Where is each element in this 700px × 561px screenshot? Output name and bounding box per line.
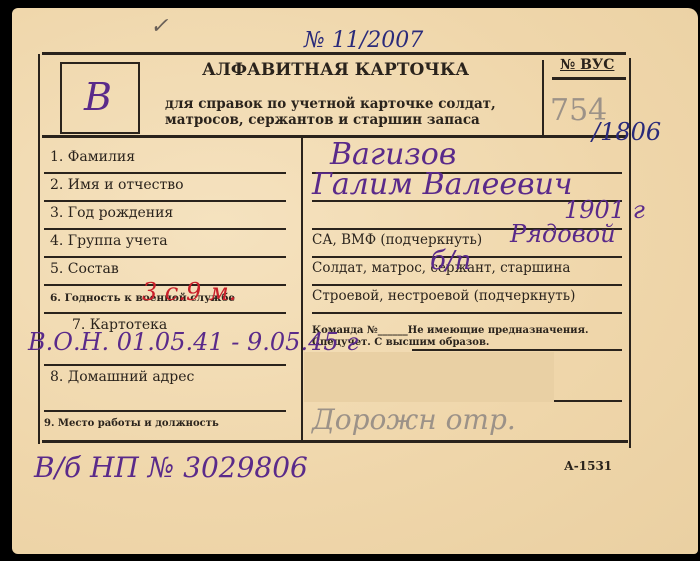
value-file: В.О.Н. 01.05.41 - 9.05.45 г	[28, 330, 358, 354]
row-line	[44, 228, 286, 230]
alphabetic-card: ✓ № 11/2007 В АЛФАВИТНАЯ КАРТОЧКА для сп…	[12, 8, 698, 554]
check-mark-icon: ✓	[150, 16, 168, 38]
letter-box-value: В	[84, 78, 112, 116]
vus-label: № ВУС	[560, 58, 614, 72]
row-line	[44, 312, 286, 314]
handwritten-register-number: № 11/2007	[304, 30, 423, 52]
card-subtitle-line1: для справок по учетной карточке солдат,	[165, 98, 496, 112]
frame-top	[42, 52, 626, 55]
value-birth-year: 1901 г	[564, 198, 645, 222]
row-line	[44, 256, 286, 258]
field-label-workplace: 9. Место работы и должность	[44, 419, 219, 429]
redacted-area	[304, 352, 554, 402]
value-party: б/п	[430, 248, 471, 274]
row-line	[44, 364, 286, 366]
value-workplace: Дорожн отр.	[312, 406, 516, 434]
row-line	[44, 172, 286, 174]
row-line	[412, 349, 622, 351]
row-line	[44, 410, 286, 412]
row-line	[312, 284, 622, 286]
row-line	[44, 200, 286, 202]
printed-fitness-options: Строевой, нестроевой (подчеркнуть)	[312, 290, 575, 304]
field-label-group: 4. Группа учета	[50, 234, 168, 248]
value-surname: Вагизов	[330, 140, 456, 170]
value-name: Галим Валеевич	[312, 170, 573, 200]
field-label-composition: 5. Состав	[50, 262, 119, 276]
frame-bottom	[42, 440, 628, 443]
frame-left	[38, 54, 40, 444]
vus-divider	[542, 60, 544, 136]
card-subtitle-line2: матросов, сержантов и старшин запаса	[165, 114, 480, 128]
card-title: АЛФАВИТНАЯ КАРТОЧКА	[202, 62, 469, 79]
value-fitness: 3 с.9 м.	[142, 280, 236, 304]
vus-ink-value: /1806	[592, 120, 661, 144]
field-label-birth-year: 3. Год рождения	[50, 206, 173, 220]
vus-underline	[552, 77, 626, 80]
field-label-address: 8. Домашний адрес	[50, 370, 194, 384]
row-line	[312, 312, 622, 314]
frame-right	[629, 58, 631, 448]
column-divider	[301, 138, 303, 440]
field-label-name: 2. Имя и отчество	[50, 178, 184, 192]
form-code: А-1531	[564, 460, 612, 472]
row-line	[554, 400, 622, 402]
bottom-handwritten-note: В/б НП № 3029806	[34, 454, 308, 482]
field-label-surname: 1. Фамилия	[50, 150, 135, 164]
value-rank: Рядовой	[510, 222, 616, 246]
